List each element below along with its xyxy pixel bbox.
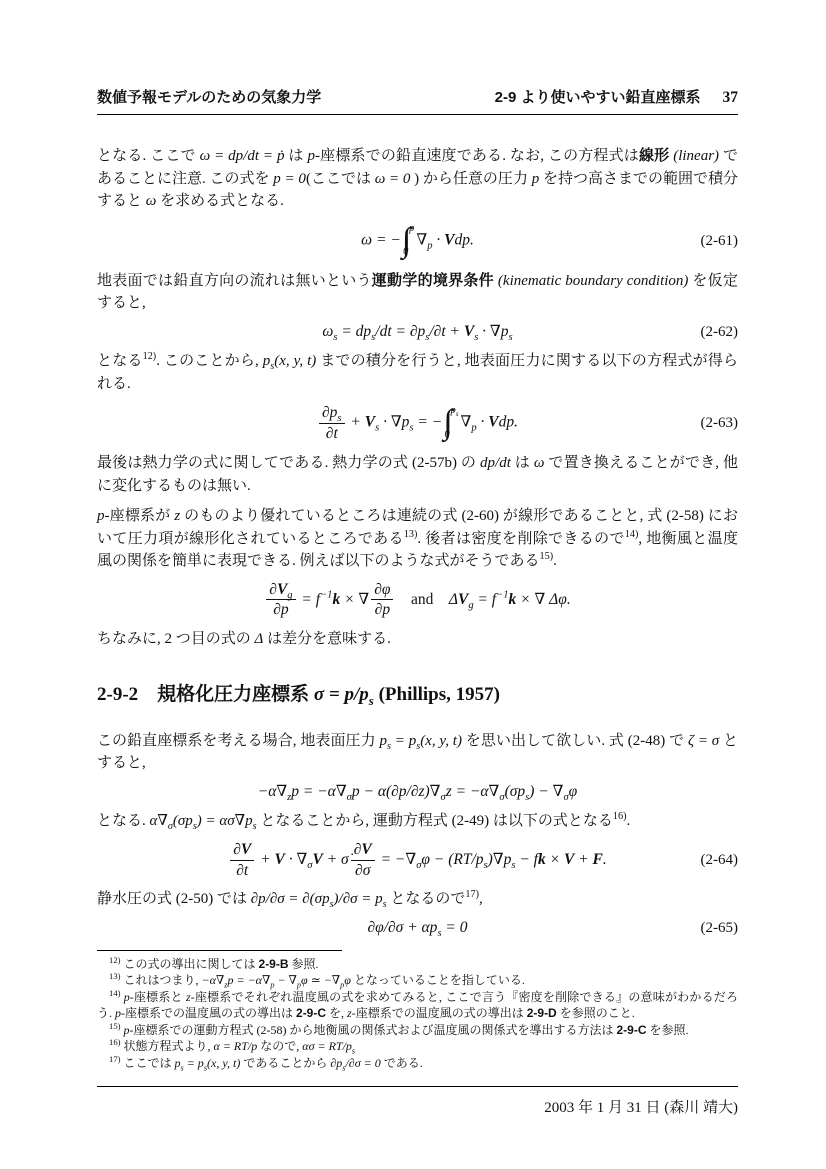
equation-body: ∂V∂t + V · ∇σV + σ̇∂V∂σ = −∇σφ − (RT/ps)… bbox=[228, 841, 606, 880]
running-title-left: 数値予報モデルのための気象力学 bbox=[97, 86, 495, 107]
equation-body: ∂ps∂t + Vs · ∇ps = −∫ps0∇p · Vdp. bbox=[317, 403, 518, 443]
display-equation: ∂V∂t + V · ∇σV + σ̇∂V∂σ = −∇σφ − (RT/ps)… bbox=[97, 841, 738, 880]
footer-date: 2003 年 1 月 31 日 (森川 靖大) bbox=[97, 1087, 738, 1117]
footnote: 14) p-座標系と z-座標系でそれぞれ温度風の式を求めてみると, ここで言う… bbox=[97, 989, 738, 1022]
display-equation: ω = −∫p0∇p · Vdp.(2-61) bbox=[97, 221, 738, 261]
page-footer: 2003 年 1 月 31 日 (森川 靖大) bbox=[97, 1086, 738, 1117]
display-equation: ∂φ/∂σ + αps = 0(2-65) bbox=[97, 919, 738, 938]
equation-number: (2-62) bbox=[701, 323, 739, 341]
footnote-text: p-座標系での運動方程式 (2-58) から地衡風の関係式および温度風の関係式を… bbox=[121, 1023, 689, 1037]
page-number: 37 bbox=[723, 89, 739, 107]
footnote-marker: 14) bbox=[109, 988, 121, 998]
footnote-text: ここでは ps = ps(x, y, t) であることから ∂ps/∂σ = 0… bbox=[121, 1056, 423, 1070]
footnote-text: これはつまり, −α∇zp = −α∇p − ∇pφ ≃ −∇pφ となっている… bbox=[121, 973, 525, 987]
footnote: 12) この式の導出に関しては 2-9-B 参照. bbox=[97, 956, 738, 973]
footnote-text: 状態方程式より, α = RT/p なので, ασ = RT/ps bbox=[121, 1039, 356, 1053]
paragraph: 最後は熱力学の式に関してである. 熱力学の式 (2-57b) の dp/dt は… bbox=[97, 452, 738, 497]
document-page: 数値予報モデルのための気象力学 2-9 より使いやすい鉛直座標系 37 となる.… bbox=[0, 0, 826, 1169]
footnote-rule bbox=[97, 950, 342, 951]
footnote-marker: 12) bbox=[109, 955, 121, 965]
paragraph: となる. ここで ω = dp/dt = ṗ は p-座標系での鉛直速度である.… bbox=[97, 145, 738, 213]
equation-number: (2-64) bbox=[701, 851, 739, 869]
paragraph: となる12). このことから, ps(x, y, t) までの積分を行うと, 地… bbox=[97, 350, 738, 395]
footnote-marker: 17) bbox=[109, 1054, 121, 1064]
paragraph: となる. α∇σ(σps) = ασ∇ps となることから, 運動方程式 (2-… bbox=[97, 810, 738, 833]
footnotes-section: 12) この式の導出に関しては 2-9-B 参照.13) これはつまり, −α∇… bbox=[97, 950, 738, 1072]
display-equation: ∂ps∂t + Vs · ∇ps = −∫ps0∇p · Vdp.(2-63) bbox=[97, 403, 738, 443]
paragraph: 静水圧の式 (2-50) では ∂p/∂σ = ∂(σps)/∂σ = ps と… bbox=[97, 888, 738, 911]
page-body: となる. ここで ω = dp/dt = ṗ は p-座標系での鉛直速度である.… bbox=[97, 145, 738, 938]
equation-number: (2-65) bbox=[701, 919, 739, 937]
paragraph: 地表面では鉛直方向の流れは無いという運動学的境界条件 (kinematic bo… bbox=[97, 270, 738, 315]
equation-body: ∂Vg∂p = f−1k × ∇∂φ∂p and ΔVg = f−1k × ∇ … bbox=[264, 581, 570, 620]
section-heading: 2-9-2 規格化圧力座標系 σ = p/ps (Phillips, 1957) bbox=[97, 679, 738, 706]
equation-body: −α∇zp = −α∇σp − α(∂p/∂z)∇σz = −α∇σ(σps) … bbox=[258, 783, 578, 802]
equation-number: (2-63) bbox=[701, 414, 739, 432]
paragraph: この鉛直座標系を考える場合, 地表面圧力 ps = ps(x, y, t) を思… bbox=[97, 730, 738, 775]
running-title-right: 2-9 より使いやすい鉛直座標系 bbox=[495, 86, 701, 107]
footnote-marker: 13) bbox=[109, 971, 121, 981]
footnote: 16) 状態方程式より, α = RT/p なので, ασ = RT/ps bbox=[97, 1038, 738, 1055]
equation-body: ∂φ/∂σ + αps = 0 bbox=[367, 919, 467, 938]
equation-number: (2-61) bbox=[701, 232, 739, 250]
footnote: 13) これはつまり, −α∇zp = −α∇p − ∇pφ ≃ −∇pφ とな… bbox=[97, 972, 738, 989]
footnote-marker: 16) bbox=[109, 1037, 121, 1047]
footnote: 15) p-座標系での運動方程式 (2-58) から地衡風の関係式および温度風の… bbox=[97, 1022, 738, 1039]
display-equation: ωs = dps/dt = ∂ps/∂t + Vs · ∇ps(2-62) bbox=[97, 323, 738, 342]
display-equation: ∂Vg∂p = f−1k × ∇∂φ∂p and ΔVg = f−1k × ∇ … bbox=[97, 581, 738, 620]
page-header: 数値予報モデルのための気象力学 2-9 より使いやすい鉛直座標系 37 bbox=[97, 86, 738, 115]
footnote-text: p-座標系と z-座標系でそれぞれ温度風の式を求めてみると, ここで言う『密度を… bbox=[97, 990, 738, 1021]
display-equation: −α∇zp = −α∇σp − α(∂p/∂z)∇σz = −α∇σ(σps) … bbox=[97, 783, 738, 802]
text-column: 数値予報モデルのための気象力学 2-9 より使いやすい鉛直座標系 37 となる.… bbox=[97, 86, 738, 1071]
equation-body: ω = −∫p0∇p · Vdp. bbox=[361, 221, 474, 261]
paragraph: ちなみに, 2 つ目の式の Δ は差分を意味する. bbox=[97, 628, 738, 651]
footnote-marker: 15) bbox=[109, 1021, 121, 1031]
footnote: 17) ここでは ps = ps(x, y, t) であることから ∂ps/∂σ… bbox=[97, 1055, 738, 1072]
paragraph: p-座標系が z のものより優れているところは連続の式 (2-60) が線形であ… bbox=[97, 505, 738, 573]
footnote-text: この式の導出に関しては 2-9-B 参照. bbox=[121, 957, 319, 971]
equation-body: ωs = dps/dt = ∂ps/∂t + Vs · ∇ps bbox=[322, 323, 512, 342]
